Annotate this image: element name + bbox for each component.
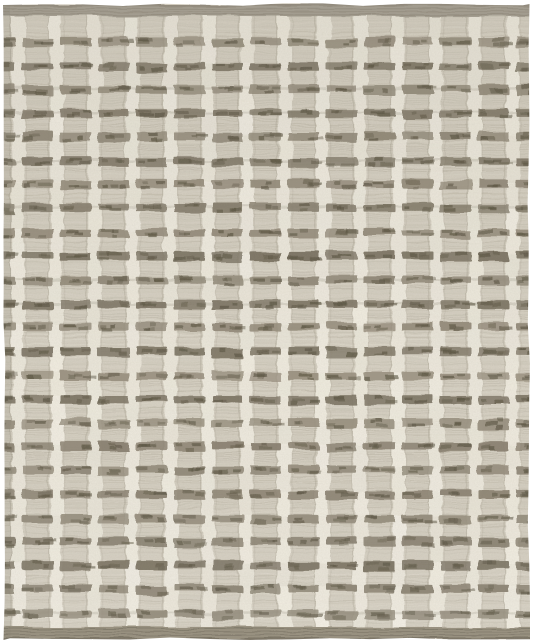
rug-image bbox=[0, 0, 533, 642]
rug-photo-figure bbox=[0, 0, 533, 642]
rug-product-photo bbox=[0, 0, 533, 642]
